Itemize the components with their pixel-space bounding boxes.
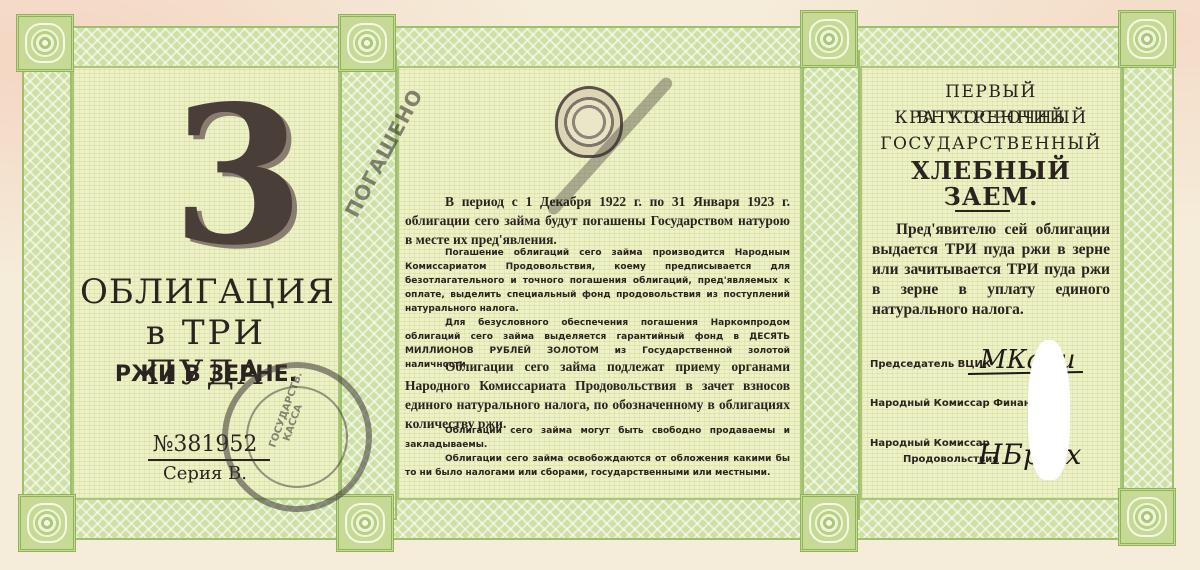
signatory-label-vtsik: Председатель ВЦИК bbox=[870, 359, 991, 370]
corner-ornament-icon bbox=[1118, 10, 1176, 68]
redemption-period-paragraph: В период с 1 Декабря 1922 г. по 31 Январ… bbox=[405, 192, 790, 249]
loan-title-line3: ГОСУДАРСТВЕННЫЙ bbox=[868, 131, 1114, 157]
loan-title-line2: КРАТКОСРОЧНЫЙ bbox=[868, 105, 1114, 131]
corner-ornament-icon bbox=[800, 10, 858, 68]
corner-ornament-icon bbox=[336, 494, 394, 552]
tax-exemption-paragraph: Облигации сего займа освобождаются от об… bbox=[405, 452, 790, 480]
bearer-clause: Пред'явителю сей облигации выдается ТРИ … bbox=[872, 220, 1110, 320]
corner-ornament-icon bbox=[338, 14, 396, 72]
redaction-mark bbox=[1028, 340, 1070, 480]
frame-top-band bbox=[52, 26, 1150, 68]
corner-ornament-icon bbox=[16, 14, 74, 72]
corner-ornament-icon bbox=[18, 494, 76, 552]
bond-title: ОБЛИГАЦИЯ bbox=[80, 272, 332, 312]
tax-acceptance-paragraph: Облигации сего займа подлежат приему орг… bbox=[405, 357, 790, 433]
frame-right-band bbox=[1122, 50, 1174, 520]
round-stamp: ГОСУДАРСТВ. КАССА bbox=[222, 362, 372, 512]
loan-title-line4: ХЛЕБНЫЙ ЗАЕМ. bbox=[868, 158, 1114, 210]
redemption-procedure-paragraph: Погашение облигаций сего займа производи… bbox=[405, 246, 790, 316]
transferability-paragraph: Облигации сего займа могут быть свободно… bbox=[405, 424, 790, 452]
frame-bottom-band bbox=[52, 498, 1150, 540]
signatory-label-finance: Народный Комиссар Финансов bbox=[870, 398, 1050, 409]
frame-left-band bbox=[22, 50, 72, 520]
denomination-numeral: 3 bbox=[172, 86, 242, 266]
frame-divider-right bbox=[802, 50, 860, 520]
corner-ornament-icon bbox=[800, 494, 858, 552]
corner-ornament-icon bbox=[1118, 488, 1176, 546]
title-divider bbox=[955, 210, 1010, 212]
signatory-label-food-line1: Народный Комиссар bbox=[870, 438, 990, 449]
